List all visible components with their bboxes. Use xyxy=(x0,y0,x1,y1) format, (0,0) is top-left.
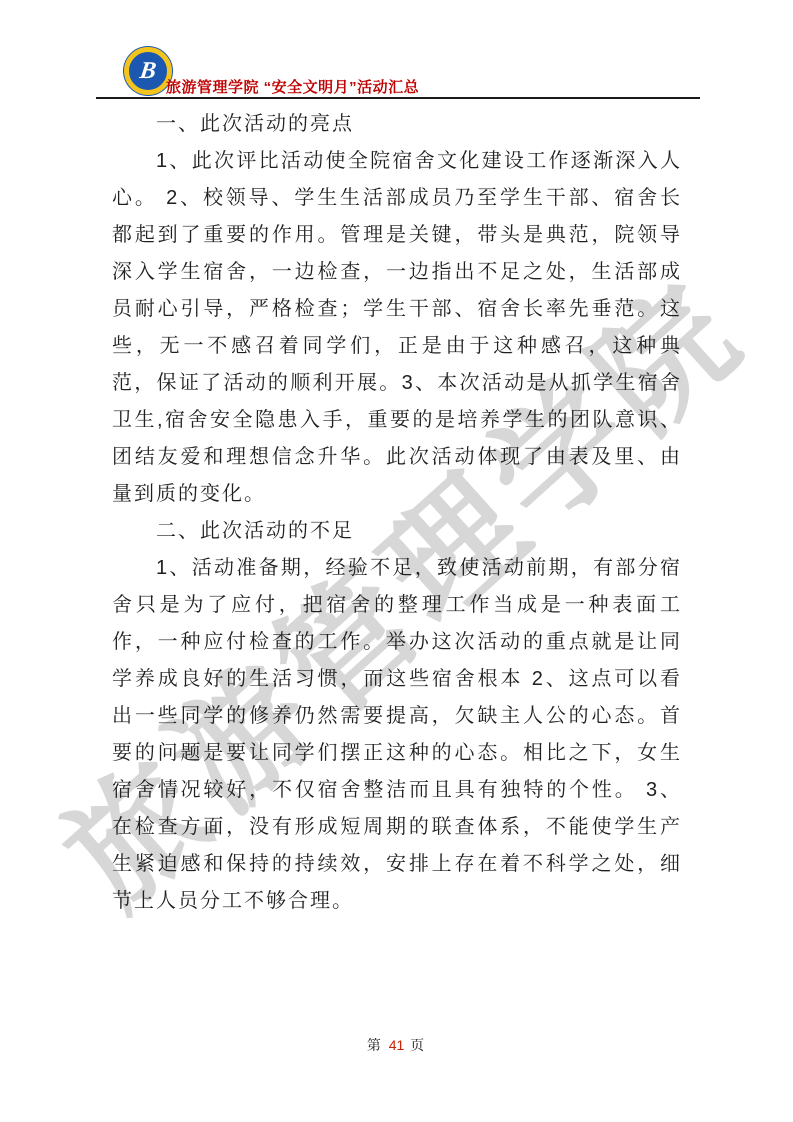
logo-letter: B xyxy=(138,59,157,83)
page-number-prefix: 第 xyxy=(367,1037,383,1053)
header-title: 旅游管理学院 “安全文明月”活动汇总 xyxy=(166,76,419,97)
document-page: 旅游管理学院 B 旅游管理学院 “安全文明月”活动汇总 一、此次活动的亮点 1、… xyxy=(0,0,793,1122)
header-rule xyxy=(96,97,700,99)
document-body: 一、此次活动的亮点 1、此次评比活动使全院宿舍文化建设工作逐渐深入人心。 2、校… xyxy=(112,106,682,920)
school-emblem-logo: B xyxy=(124,47,172,95)
page-number: 41 xyxy=(389,1037,405,1053)
section-1-paragraph: 1、此次评比活动使全院宿舍文化建设工作逐渐深入人心。 2、校领导、学生生活部成员… xyxy=(112,143,682,513)
section-1-heading: 一、此次活动的亮点 xyxy=(112,106,682,143)
section-2-heading: 二、此次活动的不足 xyxy=(112,513,682,550)
page-number-suffix: 页 xyxy=(410,1037,426,1053)
page-footer: 第 41 页 xyxy=(0,1035,793,1055)
section-2-paragraph: 1、活动准备期，经验不足，致使活动前期，有部分宿舍只是为了应付，把宿舍的整理工作… xyxy=(112,550,682,920)
